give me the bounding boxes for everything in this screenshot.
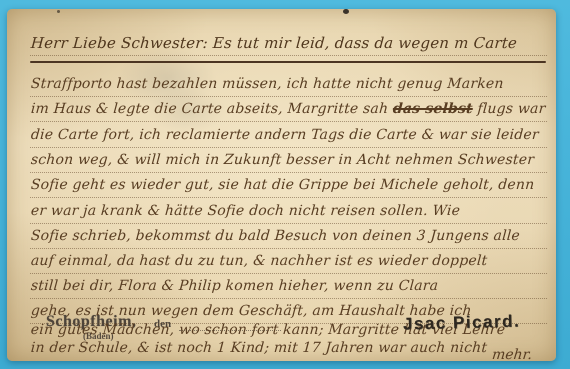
- handwriting-line: er war ja krank & hätte Sofie doch nicht…: [30, 199, 549, 224]
- handwriting-segment: flugs war: [472, 101, 546, 117]
- postcard: Schopfheim, den (Baden) Herr Liebe Schwe…: [7, 9, 556, 361]
- scanned-photo: { "page": { "background_color": "#45b2d8…: [0, 0, 570, 369]
- handwriting-segment: im Haus & legte die Carte abseits, Margr…: [30, 101, 393, 117]
- handwriting-line: Straffporto hast bezahlen müssen, ich ha…: [30, 72, 549, 97]
- handwriting-line: Sofie geht es wieder gut, sie hat die Gr…: [30, 173, 549, 198]
- handwriting-line-salutation: Herr Liebe Schwester: Es tut mir leid, d…: [30, 31, 549, 56]
- handwriting-line: Sofie schrieb, bekommst du bald Besuch v…: [30, 224, 549, 249]
- struck-through-words: das selbst: [392, 101, 473, 117]
- ink-speck: [57, 10, 60, 13]
- handwriting-line: auf einmal, da hast du zu tun, & nachher…: [30, 249, 549, 274]
- handwriting-line: im Haus & legte die Carte abseits, Margr…: [30, 97, 549, 122]
- sender-name-stamp: Jsac Picard.: [403, 311, 521, 334]
- ink-speck: [343, 9, 349, 14]
- handwriting-line: still bei dir, Flora & Philip komen hieh…: [30, 274, 549, 299]
- handwriting-line: in der Schule, & ist noch 1 Kind; mit 17…: [30, 336, 549, 360]
- header-underline: [30, 61, 546, 63]
- handwriting-closing-word: mehr.: [491, 347, 533, 363]
- handwriting-line: schon weg, & will mich in Zukunft besser…: [30, 148, 549, 173]
- handwriting-line: die Carte fort, ich reclamierte andern T…: [30, 123, 549, 148]
